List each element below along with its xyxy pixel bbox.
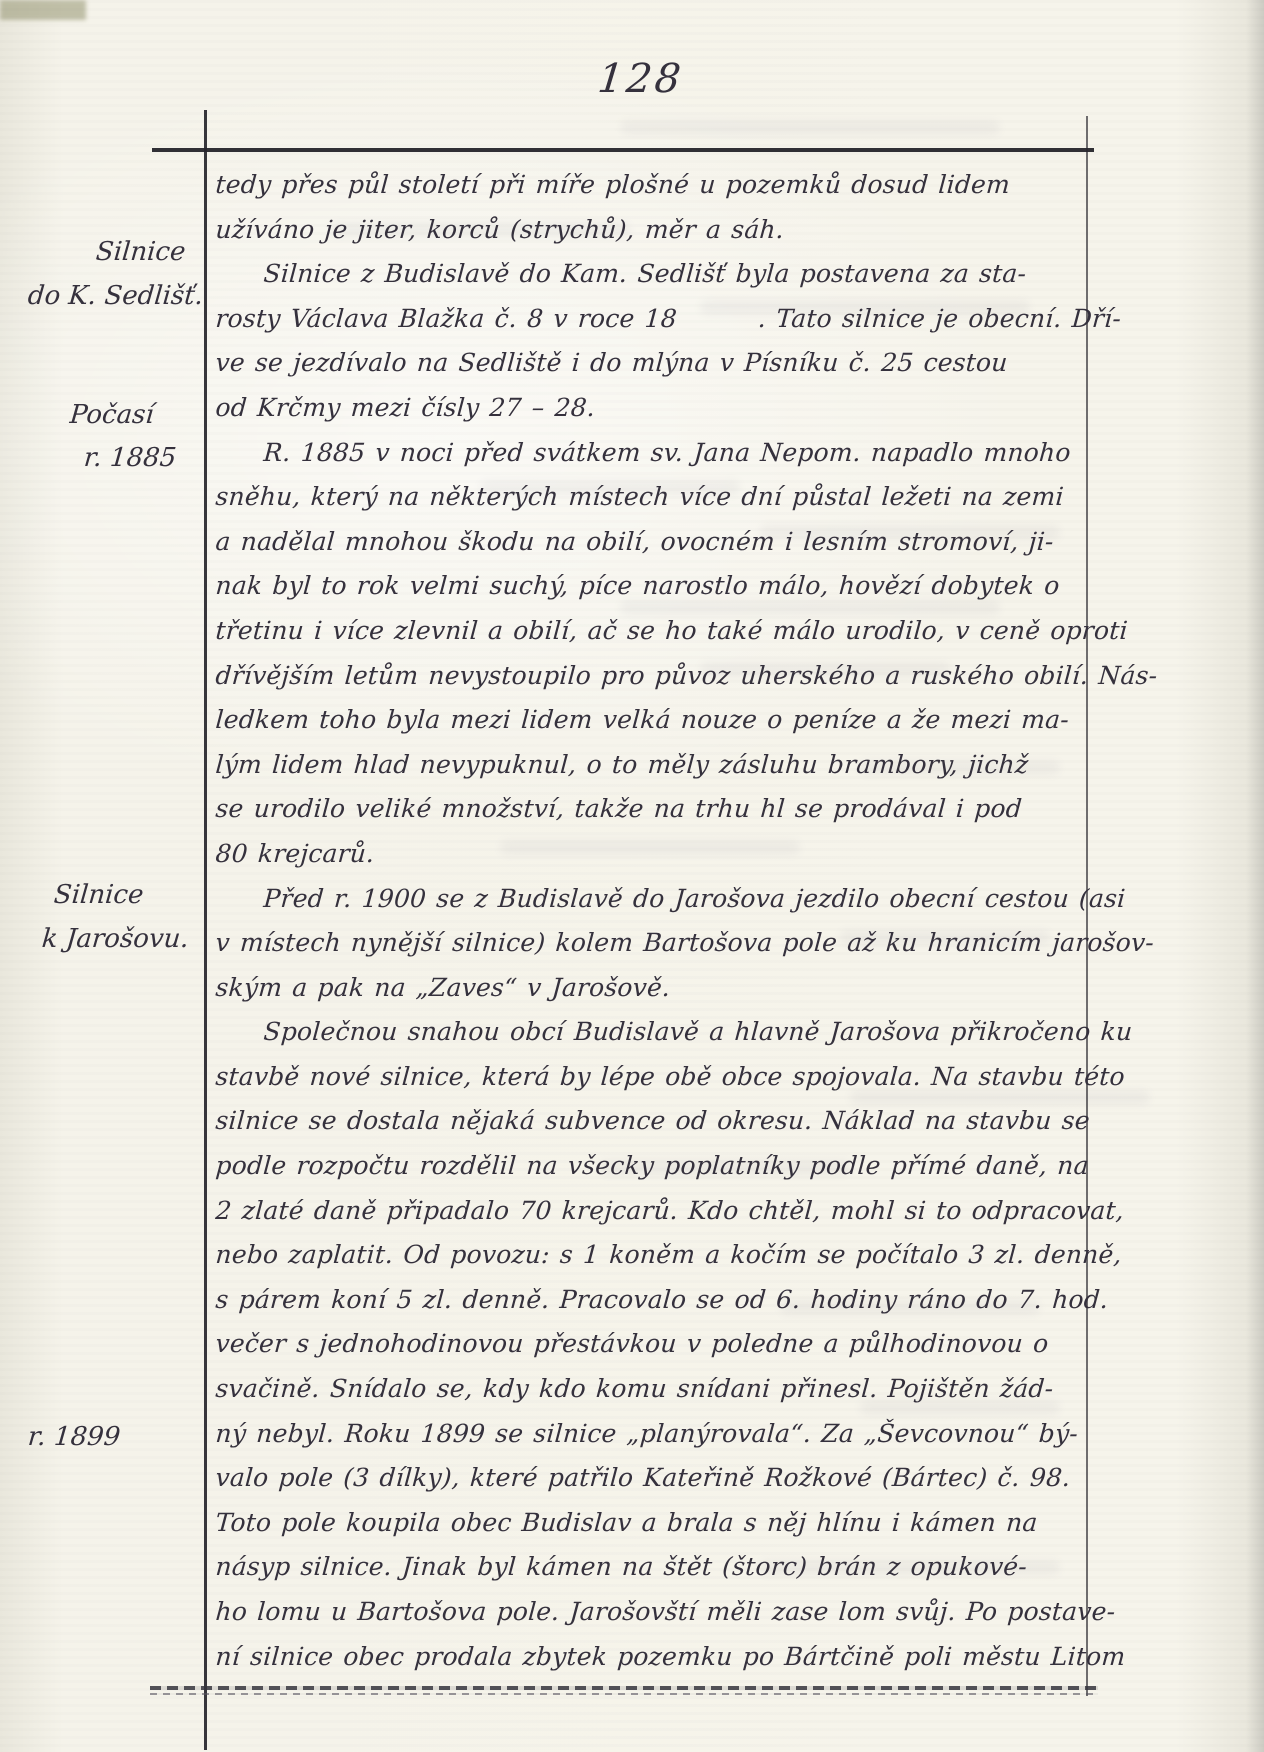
manuscript-line: užíváno je jiter, korců (strychů), měr a… bbox=[214, 208, 1117, 253]
manuscript-line: dřívějším letům nevystoupilo pro půvoz u… bbox=[214, 654, 1117, 699]
manuscript-line: silnice se dostala nějaká subvence od ok… bbox=[214, 1099, 1117, 1144]
manuscript-line: 80 krejcarů. bbox=[214, 832, 1117, 877]
frame-bottom-rule bbox=[150, 1693, 1098, 1695]
frame-left-rule bbox=[204, 110, 207, 1750]
bleedthrough-smudge bbox=[620, 120, 1000, 135]
manuscript-line: nebo zaplatit. Od povozu: s 1 koněm a ko… bbox=[214, 1233, 1117, 1278]
manuscript-line: Toto pole koupila obec Budislav a brala … bbox=[214, 1501, 1117, 1546]
manuscript-line: svačině. Snídalo se, kdy kdo komu snídan… bbox=[214, 1367, 1117, 1412]
manuscript-line: R. 1885 v noci před svátkem sv. Jana Nep… bbox=[214, 431, 1117, 476]
manuscript-line: tedy přes půl století při míře plošné u … bbox=[214, 163, 1117, 208]
manuscript-line: Silnice z Budislavě do Kam. Sedlišť byla… bbox=[214, 252, 1117, 297]
scan-corner-smudge bbox=[0, 0, 86, 20]
manuscript-line: večer s jednohodinovou přestávkou v pole… bbox=[214, 1322, 1117, 1367]
manuscript-line: 2 zlaté daně připadalo 70 krejcarů. Kdo … bbox=[214, 1189, 1117, 1234]
manuscript-line: třetinu i více zlevnil a obilí, ač se ho… bbox=[214, 609, 1117, 654]
frame-top-rule bbox=[152, 148, 1094, 152]
manuscript-line: ní silnice obec prodala zbytek pozemku p… bbox=[214, 1635, 1117, 1680]
page-number: 128 bbox=[596, 56, 686, 102]
manuscript-line: ským a pak na „Zaves“ v Jarošově. bbox=[214, 966, 1117, 1011]
manuscript-line: sněhu, který na některých místech více d… bbox=[214, 475, 1117, 520]
margin-note-silnice-k-jarosovu: k Jarošovu. bbox=[41, 924, 190, 954]
manuscript-body: tedy přes půl století při míře plošné u … bbox=[214, 163, 1114, 1679]
margin-note-pocasi: Počasí bbox=[69, 400, 155, 430]
manuscript-line: Před r. 1900 se z Budislavě do Jarošova … bbox=[214, 877, 1117, 922]
manuscript-line: ledkem toho byla mezi lidem velká nouze … bbox=[214, 698, 1117, 743]
manuscript-line: od Krčmy mezi čísly 27 – 28. bbox=[214, 386, 1117, 431]
manuscript-line: podle rozpočtu rozdělil na všecky poplat… bbox=[214, 1144, 1117, 1189]
manuscript-line: ho lomu u Bartošova pole. Jarošovští měl… bbox=[214, 1590, 1117, 1635]
margin-note-r-1899: r. 1899 bbox=[27, 1422, 122, 1452]
margin-note-silnice-do-k-sedlist: Silnice bbox=[95, 237, 187, 267]
scanned-page: 128 Silnice do K. Sedlišť. Počasí r. 188… bbox=[0, 0, 1264, 1752]
manuscript-line: v místech nynější silnice) kolem Bartošo… bbox=[214, 921, 1117, 966]
manuscript-line: a nadělal mnohou škodu na obilí, ovocném… bbox=[214, 520, 1117, 565]
manuscript-line: ný nebyl. Roku 1899 se silnice „planýrov… bbox=[214, 1412, 1117, 1457]
manuscript-line: valo pole (3 dílky), které patřilo Kateř… bbox=[214, 1456, 1117, 1501]
margin-note-silnice-k-jarosovu: Silnice bbox=[53, 880, 145, 910]
scan-edge-shadow bbox=[1246, 0, 1264, 1752]
manuscript-line: s párem koní 5 zl. denně. Pracovalo se o… bbox=[214, 1278, 1117, 1323]
manuscript-line: ve se jezdívalo na Sedliště i do mlýna v… bbox=[214, 341, 1117, 386]
manuscript-line: Společnou snahou obcí Budislavě a hlavně… bbox=[214, 1010, 1117, 1055]
manuscript-line: stavbě nové silnice, která by lépe obě o… bbox=[214, 1055, 1117, 1100]
frame-bottom-rule bbox=[150, 1686, 1098, 1690]
manuscript-line: lým lidem hlad nevypuknul, o to měly zás… bbox=[214, 743, 1117, 788]
manuscript-line: násyp silnice. Jinak byl kámen na štět (… bbox=[214, 1545, 1117, 1590]
margin-note-r-1885: r. 1885 bbox=[83, 443, 178, 473]
margin-note-silnice-do-k-sedlist: do K. Sedlišť. bbox=[27, 281, 205, 311]
manuscript-line: nak byl to rok velmi suchý, píce narostl… bbox=[214, 564, 1117, 609]
manuscript-line: rosty Václava Blažka č. 8 v roce 18 . Ta… bbox=[214, 297, 1117, 342]
manuscript-line: se urodilo veliké množství, takže na trh… bbox=[214, 787, 1117, 832]
